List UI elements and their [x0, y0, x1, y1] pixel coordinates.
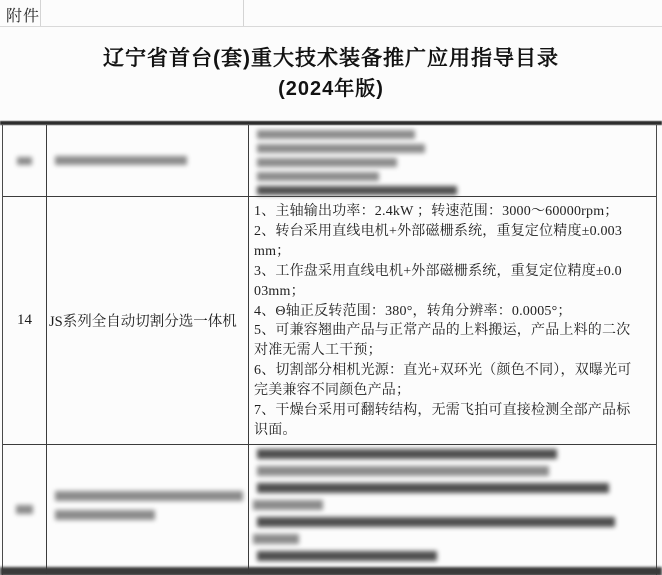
- spec-line: 2、转台采用直线电机+外部磁栅系统，重复定位精度±0.003: [254, 222, 652, 242]
- row-index: 14: [17, 312, 32, 329]
- cell-name: [47, 445, 249, 574]
- catalog-table: 14 JS系列全自动切割分选一体机 1、主轴输出功率：2.4kW ；转速范围：3…: [2, 125, 657, 575]
- spec-line: 完美兼容不同颜色产品；: [254, 381, 652, 401]
- cell-name: [47, 125, 249, 196]
- spec-line: 对准无需人工干预；: [254, 341, 652, 361]
- title-line-1: 辽宁省首台(套)重大技术装备推广应用指导目录: [0, 44, 662, 74]
- cell-index: [3, 445, 47, 574]
- redacted-text: [257, 466, 549, 476]
- cell-name: JS系列全自动切割分选一体机: [47, 197, 249, 444]
- redacted-text: [16, 505, 33, 514]
- spec-line: 03mm；: [254, 282, 652, 302]
- document-page: 附件 辽宁省首台(套)重大技术装备推广应用指导目录 (2024年版): [0, 0, 662, 575]
- redacted-text: [55, 491, 243, 501]
- cell-gridline-vertical: [40, 0, 41, 27]
- redacted-text: [257, 130, 415, 139]
- cell-gridline-vertical: [243, 0, 244, 27]
- redacted-text: [253, 534, 299, 544]
- redacted-text: [257, 158, 397, 167]
- spec-line: 4、Θ轴正反转范围：380°，转角分辨率：0.0005°；: [254, 302, 652, 322]
- redacted-text: [257, 517, 615, 527]
- cell-specs: [249, 445, 656, 574]
- cell-specs: 1、主轴输出功率：2.4kW ；转速范围：3000～60000rpm；2、转台采…: [249, 197, 656, 444]
- redacted-text: [253, 500, 323, 510]
- redacted-text: [257, 172, 379, 181]
- attachment-label: 附件: [6, 3, 40, 26]
- spec-line: 5、可兼容翘曲产品与正常产品的上料搬运，产品上料的二次: [254, 321, 652, 341]
- title-line-2: (2024年版): [0, 74, 662, 104]
- cell-gridline-horizontal: [0, 26, 662, 27]
- spec-line: mm；: [254, 242, 652, 262]
- redacted-text: [55, 510, 155, 520]
- cell-index: [3, 125, 47, 196]
- spec-line: 6、切割部分相机光源：直光+双环光（颜色不同），双曝光可: [254, 361, 652, 381]
- redacted-text: [257, 551, 437, 561]
- table-cropped-bottom-edge: [0, 567, 662, 575]
- table-row-14: 14 JS系列全自动切割分选一体机 1、主轴输出功率：2.4kW ；转速范围：3…: [3, 197, 656, 445]
- cell-index: 14: [3, 197, 47, 444]
- spec-line: 7、干燥台采用可翻转结构，无需飞拍可直接检测全部产品标: [254, 401, 652, 421]
- cell-specs: [249, 125, 656, 196]
- redacted-text: [257, 186, 457, 195]
- document-title: 辽宁省首台(套)重大技术装备推广应用指导目录 (2024年版): [0, 44, 662, 104]
- table-row-redacted-top: [3, 125, 656, 197]
- spec-line: 3、工作盘采用直线电机+外部磁栅系统，重复定位精度±0.0: [254, 262, 652, 282]
- spreadsheet-header-strip: 附件: [0, 0, 662, 27]
- redacted-text: [55, 156, 187, 165]
- spec-line: 识面。: [254, 421, 652, 441]
- redacted-text: [257, 449, 557, 459]
- redacted-text: [17, 157, 32, 165]
- redacted-text: [257, 483, 609, 493]
- equipment-name: JS系列全自动切割分选一体机: [47, 310, 237, 331]
- table-row-redacted-bottom: [3, 445, 656, 574]
- redacted-text: [257, 144, 425, 153]
- spec-line: 1、主轴输出功率：2.4kW ；转速范围：3000～60000rpm；: [254, 202, 652, 222]
- spec-list: 1、主轴输出功率：2.4kW ；转速范围：3000～60000rpm；2、转台采…: [249, 197, 656, 441]
